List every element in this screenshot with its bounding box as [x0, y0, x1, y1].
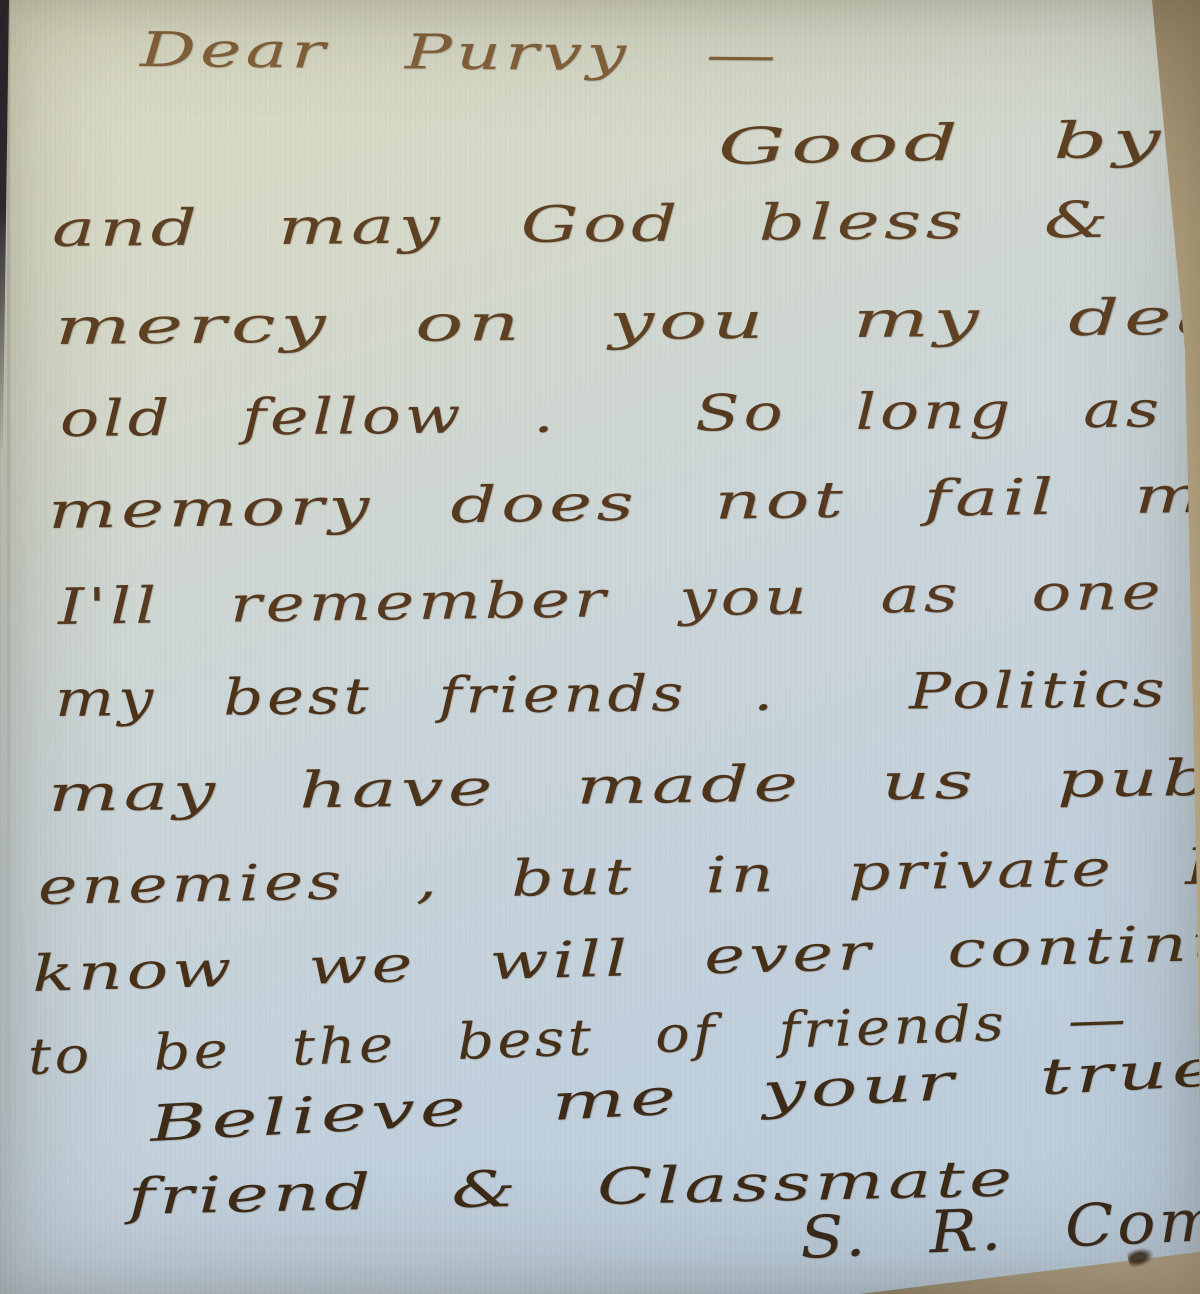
letter-line: my best friends . Politics	[55, 660, 1169, 728]
salutation: Dear Purvy —	[140, 22, 780, 84]
letter-line: Good bye	[717, 109, 1200, 176]
letter-line: mercy on you my dear	[55, 287, 1200, 356]
paper-crease	[7, 0, 10, 1294]
letter-photograph: Dear Purvy — Good bye and may God bless …	[0, 0, 1200, 1294]
letter-line: old fellow . So long as	[60, 380, 1163, 448]
letter-line: and may God bless & have	[52, 188, 1200, 258]
